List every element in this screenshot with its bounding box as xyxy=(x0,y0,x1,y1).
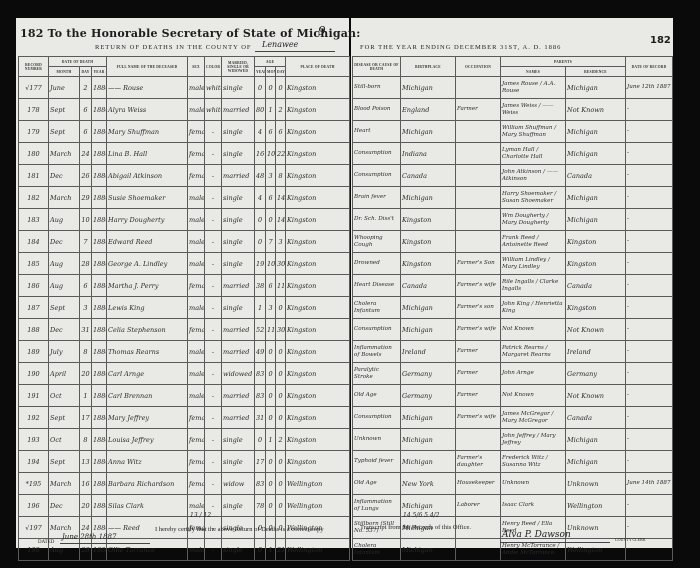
age-days: 0 xyxy=(276,77,286,99)
place-of-death: Kingston xyxy=(286,341,350,363)
birthplace: Kingston xyxy=(401,231,456,253)
parents-residence: Kingston xyxy=(566,231,626,253)
age-months: 0 xyxy=(266,385,276,407)
age-years: 4 xyxy=(255,121,266,143)
cause-of-death: Typhoid fever xyxy=(353,451,401,473)
place-of-death: Wellington xyxy=(286,473,350,495)
place-of-death: Kingston xyxy=(286,143,350,165)
deceased-name: Harry Dougherty xyxy=(107,209,188,231)
death-year: 1886 xyxy=(92,495,107,517)
table-row: 192Sept171886Mary Jeffreyfemale-married3… xyxy=(19,407,350,429)
cause-of-death: Whooping Cough xyxy=(353,231,401,253)
death-day: 17 xyxy=(80,407,92,429)
death-year: 1886 xyxy=(92,143,107,165)
age-years: 0 xyxy=(255,539,266,561)
age-years: 83 xyxy=(255,363,266,385)
table-row: Inflammation of LungsMichiganLaborerIsaa… xyxy=(353,495,673,517)
parents-residence: Canada xyxy=(566,407,626,429)
age-days: 6 xyxy=(276,121,286,143)
cause-of-death: Heart Disease xyxy=(353,275,401,297)
parent-names: James Rouse / A.A. Rouse xyxy=(501,77,566,99)
cause-of-death: Paralytic Stroke xyxy=(353,363,401,385)
birthplace: Kingston xyxy=(401,253,456,275)
occupation xyxy=(456,77,501,99)
marital-status: married xyxy=(222,99,255,121)
record-value: 183 xyxy=(27,216,39,224)
parents-residence: Canada xyxy=(566,165,626,187)
date-of-record: June 12th 1887 xyxy=(626,77,673,99)
age-days: 22 xyxy=(276,143,286,165)
cause-of-death: Dr. Sch. Diss't xyxy=(353,209,401,231)
record-value: 192 xyxy=(27,414,39,422)
death-day: 28 xyxy=(80,539,92,561)
color: - xyxy=(205,451,222,473)
table-row: 179Sept61886Mary Shuffmanfemale-single46… xyxy=(19,121,350,143)
table-row: Old AgeNew YorkHousekeeperUnknownUnknown… xyxy=(353,473,673,495)
cause-of-death: Old Age xyxy=(353,473,401,495)
death-day: 2 xyxy=(80,77,92,99)
birthplace: Kingston xyxy=(401,209,456,231)
sex: male xyxy=(188,77,205,99)
parent-names: John Atkinson / —— Atkinson xyxy=(501,165,566,187)
color: - xyxy=(205,473,222,495)
record-value: 198 xyxy=(27,546,39,554)
death-month: March xyxy=(49,473,80,495)
clerk-signature: Alva P. Dawson xyxy=(502,530,571,540)
age-months: 0 xyxy=(266,451,276,473)
age-days: 0 xyxy=(276,363,286,385)
place-of-death: Kingston xyxy=(286,429,350,451)
table-row: 198Aug281886Ollie Torrancemale-single012… xyxy=(19,539,350,561)
place-of-death: Kingston xyxy=(286,451,350,473)
marital-status: married xyxy=(222,165,255,187)
col-month: Month xyxy=(49,67,80,77)
transcript-text: Transcript from the Records of this Offi… xyxy=(360,524,471,531)
deceased-name: Mary Jeffrey xyxy=(107,407,188,429)
table-row: Brain feverMichiganHarry Shoemaker / Sus… xyxy=(353,187,673,209)
cause-of-death: Heart xyxy=(353,121,401,143)
death-day: 24 xyxy=(80,143,92,165)
marital-status: married xyxy=(222,341,255,363)
age-years: 1 xyxy=(255,297,266,319)
record-value: 178 xyxy=(27,106,39,114)
color: white xyxy=(205,99,222,121)
age-months: 6 xyxy=(266,121,276,143)
occupation xyxy=(456,143,501,165)
death-year: 1886 xyxy=(92,319,107,341)
place-of-death: Kingston xyxy=(286,275,350,297)
record-number: 192 xyxy=(19,407,49,429)
marital-status: single xyxy=(222,451,255,473)
record-number: *195 xyxy=(19,473,49,495)
parent-names: William Shuffman / Mary Shuffman xyxy=(501,121,566,143)
record-value: 182 xyxy=(27,194,39,202)
parent-names: Isaac Clark xyxy=(501,495,566,517)
deceased-name: Susie Shoemaker xyxy=(107,187,188,209)
table-row: 185Aug281886George A. Lindleymale-single… xyxy=(19,253,350,275)
age-months: 1 xyxy=(266,99,276,121)
date-of-record: - xyxy=(626,385,673,407)
table-row: *195March161886Barbara Richardsonfemale-… xyxy=(19,473,350,495)
table-row: Typhoid feverMichiganFarmer's daughterFr… xyxy=(353,451,673,473)
birthplace: Michigan xyxy=(401,429,456,451)
death-year: 1886 xyxy=(92,77,107,99)
marital-status: married xyxy=(222,275,255,297)
birthplace: Michigan xyxy=(401,407,456,429)
birthplace: Michigan xyxy=(401,297,456,319)
sex: female xyxy=(188,275,205,297)
death-day: 20 xyxy=(80,363,92,385)
record-value: 188 xyxy=(27,326,39,334)
occupation xyxy=(456,231,501,253)
age-years: 48 xyxy=(255,165,266,187)
color: - xyxy=(205,407,222,429)
sex: male xyxy=(188,231,205,253)
date-of-record: - xyxy=(626,143,673,165)
marital-status: married xyxy=(222,407,255,429)
age-months: 0 xyxy=(266,209,276,231)
age-days: 8 xyxy=(276,165,286,187)
date-of-record: - xyxy=(626,275,673,297)
age-days: 0 xyxy=(276,451,286,473)
deceased-name: Ollie Torrance xyxy=(107,539,188,561)
table-row: ConsumptionMichiganFarmer's wifeNot Know… xyxy=(353,319,673,341)
parent-names: Not Known xyxy=(501,319,566,341)
col-date-group: Date of Death xyxy=(49,57,107,67)
death-day: 1 xyxy=(80,385,92,407)
age-years: 31 xyxy=(255,407,266,429)
occupation xyxy=(456,209,501,231)
birthplace: Michigan xyxy=(401,451,456,473)
record-number: √177 xyxy=(19,77,49,99)
record-value: 196 xyxy=(27,502,39,510)
marital-status: single xyxy=(222,539,255,561)
age-months: 0 xyxy=(266,341,276,363)
date-of-record: - xyxy=(626,363,673,385)
table-row: 188Dec311886Celia Stephensonfemale-marri… xyxy=(19,319,350,341)
table-row: 191Oct11886Carl Brennanmale-married8300K… xyxy=(19,385,350,407)
deceased-name: Abigail Atkinson xyxy=(107,165,188,187)
age-days: 30 xyxy=(276,319,286,341)
place-of-death: Kingston xyxy=(286,363,350,385)
place-of-death: Kingston xyxy=(286,319,350,341)
occupation: Farmer xyxy=(456,341,501,363)
parents-residence: Germany xyxy=(566,363,626,385)
table-row: 186Aug61886Martha J. Perryfemale-married… xyxy=(19,275,350,297)
place-of-death: Wellington xyxy=(286,495,350,517)
table-row: Dr. Sch. Diss'tKingstonWm Dougherty / Ma… xyxy=(353,209,673,231)
record-number: 182 xyxy=(19,187,49,209)
deaths-table-left: Record Number Date of Death Full Name of… xyxy=(18,56,350,561)
occupation xyxy=(456,429,501,451)
cause-of-death: Consumption xyxy=(353,143,401,165)
record-value: 190 xyxy=(27,370,39,378)
cause-of-death: Unknown xyxy=(353,429,401,451)
age-months: 0 xyxy=(266,473,276,495)
col-residence: Residence xyxy=(566,67,626,77)
signature-title: County Clerk xyxy=(615,537,646,542)
death-year: 1886 xyxy=(92,275,107,297)
age-days: 21 xyxy=(276,539,286,561)
age-months: 0 xyxy=(266,77,276,99)
age-months: 1 xyxy=(266,539,276,561)
date-of-record: - xyxy=(626,121,673,143)
record-number: 185 xyxy=(19,253,49,275)
occupation: Farmer xyxy=(456,99,501,121)
color: - xyxy=(205,209,222,231)
date-of-record: - xyxy=(626,319,673,341)
record-value: 193 xyxy=(27,436,39,444)
age-months: 10 xyxy=(266,143,276,165)
death-day: 29 xyxy=(80,187,92,209)
table-row: 190April201886Carl Arngemale-widowed8300… xyxy=(19,363,350,385)
cause-of-death: Cholera Infantum xyxy=(353,539,401,561)
sex: male xyxy=(188,209,205,231)
birthplace: Germany xyxy=(401,363,456,385)
parents-residence: Not Known xyxy=(566,319,626,341)
record-number: 190 xyxy=(19,363,49,385)
record-value: 186 xyxy=(27,282,39,290)
place-of-death: Kingston xyxy=(286,297,350,319)
occupation: Laborer xyxy=(456,495,501,517)
color: - xyxy=(205,539,222,561)
table-row: 178Sept61886Alyra Weissmalewhitemarried8… xyxy=(19,99,350,121)
sex: male xyxy=(188,99,205,121)
age-years: 17 xyxy=(255,451,266,473)
table-row: 182March291886Susie Shoemakermale-single… xyxy=(19,187,350,209)
table-row: Old AgeGermanyFarmerNot KnownNot Known- xyxy=(353,385,673,407)
table-row: 181Dec261886Abigail Atkinsonfemale-marri… xyxy=(19,165,350,187)
death-day: 20 xyxy=(80,495,92,517)
color: - xyxy=(205,429,222,451)
color: - xyxy=(205,253,222,275)
death-month: Dec xyxy=(49,495,80,517)
death-year: 1886 xyxy=(92,121,107,143)
death-month: March xyxy=(49,187,80,209)
record-number: 193 xyxy=(19,429,49,451)
death-day: 31 xyxy=(80,319,92,341)
col-color: Color xyxy=(205,57,222,77)
table-row: HeartMichiganWilliam Shuffman / Mary Shu… xyxy=(353,121,673,143)
deceased-name: Barbara Richardson xyxy=(107,473,188,495)
deceased-name: Martha J. Perry xyxy=(107,275,188,297)
sex: male xyxy=(188,539,205,561)
age-months: 7 xyxy=(266,231,276,253)
date-of-record: - xyxy=(626,341,673,363)
birthplace: Michigan xyxy=(401,121,456,143)
color: - xyxy=(205,297,222,319)
date-of-record: - xyxy=(626,99,673,121)
sex: male xyxy=(188,341,205,363)
place-of-death: Kingston xyxy=(286,77,350,99)
sex: male xyxy=(188,297,205,319)
age-months: 0 xyxy=(266,407,276,429)
occupation: Farmer's wife xyxy=(456,275,501,297)
age-days: 30 xyxy=(276,253,286,275)
age-years: 78 xyxy=(255,495,266,517)
death-month: Sept xyxy=(49,121,80,143)
death-day: 3 xyxy=(80,297,92,319)
occupation: Farmer's wife xyxy=(456,319,501,341)
col-record: Record Number xyxy=(19,57,49,77)
place-of-death: Kingston xyxy=(286,187,350,209)
deceased-name: Mary Shuffman xyxy=(107,121,188,143)
birthplace: Michigan xyxy=(401,319,456,341)
table-row: Paralytic StrokeGermanyFarmerJohn ArngeG… xyxy=(353,363,673,385)
record-number: 191 xyxy=(19,385,49,407)
sex: male xyxy=(188,253,205,275)
death-day: 26 xyxy=(80,165,92,187)
record-number: 178 xyxy=(19,99,49,121)
color: - xyxy=(205,319,222,341)
cause-of-death: Inflammation of Lungs xyxy=(353,495,401,517)
date-of-record: - xyxy=(626,451,673,473)
age-days: 0 xyxy=(276,473,286,495)
marital-status: married xyxy=(222,319,255,341)
col-place: Place of Death xyxy=(286,57,350,77)
cause-of-death: Still-born xyxy=(353,77,401,99)
age-months: 6 xyxy=(266,187,276,209)
age-months: 3 xyxy=(266,297,276,319)
table-row: 183Aug101886Harry Doughertymale-single00… xyxy=(19,209,350,231)
age-months: 1 xyxy=(266,429,276,451)
death-month: March xyxy=(49,143,80,165)
sex: female xyxy=(188,143,205,165)
page-number: 182 xyxy=(650,35,671,46)
birthplace: Michigan xyxy=(401,77,456,99)
table-row: Still-bornMichiganJames Rouse / A.A. Rou… xyxy=(353,77,673,99)
place-of-death: Wellington xyxy=(286,539,350,561)
sex: female xyxy=(188,429,205,451)
record-number: 183 xyxy=(19,209,49,231)
age-years: 52 xyxy=(255,319,266,341)
occupation: Farmer xyxy=(456,363,501,385)
parents-residence: Kingston xyxy=(566,297,626,319)
table-row: Blood PoisonEnglandFarmerJames Weiss / —… xyxy=(353,99,673,121)
deceased-name: Carl Arnge xyxy=(107,363,188,385)
sex: male xyxy=(188,385,205,407)
col-date-record: Date of Record xyxy=(626,57,673,77)
age-days: 0 xyxy=(276,407,286,429)
date-of-record: - xyxy=(626,187,673,209)
record-value: 181 xyxy=(27,172,39,180)
age-days: 0 xyxy=(276,341,286,363)
birthplace: Michigan xyxy=(401,539,456,561)
deceased-name: Alyra Weiss xyxy=(107,99,188,121)
col-parents-group: Parents xyxy=(501,57,626,67)
dated-value: June 28th 1887 xyxy=(62,533,116,541)
death-year: 1886 xyxy=(92,473,107,495)
age-months: 11 xyxy=(266,319,276,341)
col-years: Years xyxy=(255,67,266,77)
death-day: 16 xyxy=(80,473,92,495)
col-sex: Sex xyxy=(188,57,205,77)
cause-of-death: Old Age xyxy=(353,385,401,407)
parents-residence: Wellington xyxy=(566,495,626,517)
col-day: Day xyxy=(80,67,92,77)
date-of-record: - xyxy=(626,253,673,275)
occupation xyxy=(456,121,501,143)
age-years: 0 xyxy=(255,209,266,231)
record-value: 177 xyxy=(29,84,41,92)
death-month: Aug xyxy=(49,253,80,275)
record-value: 189 xyxy=(27,348,39,356)
occupation: Farmer's wife xyxy=(456,407,501,429)
parents-residence: Michigan xyxy=(566,143,626,165)
occupation: Farmer's daughter xyxy=(456,451,501,473)
age-days: 14 xyxy=(276,209,286,231)
marital-status: single xyxy=(222,209,255,231)
record-number: 180 xyxy=(19,143,49,165)
record-number: √197 xyxy=(19,517,49,539)
parents-residence: Unknown xyxy=(566,517,626,539)
death-month: April xyxy=(49,363,80,385)
death-day: 8 xyxy=(80,429,92,451)
death-day: 13 xyxy=(80,451,92,473)
color: - xyxy=(205,231,222,253)
sex: female xyxy=(188,473,205,495)
record-number: 187 xyxy=(19,297,49,319)
col-parent-names: Names xyxy=(501,67,566,77)
age-days: 2 xyxy=(276,99,286,121)
record-number: 186 xyxy=(19,275,49,297)
death-month: Aug xyxy=(49,209,80,231)
parent-names: John Arnge xyxy=(501,363,566,385)
sex-tally: 13 / 12 xyxy=(190,512,211,519)
age-years: 80 xyxy=(255,99,266,121)
death-year: 1886 xyxy=(92,341,107,363)
death-month: Dec xyxy=(49,165,80,187)
record-value: 180 xyxy=(27,150,39,158)
marital-status: single xyxy=(222,429,255,451)
handwritten-sheet-number: 9 xyxy=(318,24,326,38)
place-of-death: Kingston xyxy=(286,385,350,407)
date-of-record: - xyxy=(626,165,673,187)
sex: female xyxy=(188,121,205,143)
age-days: 0 xyxy=(276,297,286,319)
birthplace: Indiana xyxy=(401,143,456,165)
marital-status: widow xyxy=(222,473,255,495)
sex: female xyxy=(188,319,205,341)
cause-of-death: Consumption xyxy=(353,165,401,187)
occupation: Housekeeper xyxy=(456,473,501,495)
record-value: 195 xyxy=(29,480,41,488)
cause-of-death: Consumption xyxy=(353,407,401,429)
death-month: Sept xyxy=(49,99,80,121)
place-of-death: Kingston xyxy=(286,253,350,275)
record-value: 184 xyxy=(27,238,39,246)
age-years: 4 xyxy=(255,187,266,209)
death-month: Dec xyxy=(49,319,80,341)
death-year: 1886 xyxy=(92,231,107,253)
table-row: 187Sept31886Lewis Kingmale-single130King… xyxy=(19,297,350,319)
color: - xyxy=(205,121,222,143)
age-days: 11 xyxy=(276,275,286,297)
col-months: Months xyxy=(266,67,276,77)
death-month: Sept xyxy=(49,407,80,429)
age-years: 83 xyxy=(255,385,266,407)
table-row: Whooping CoughKingstonFrank Reed / Antoi… xyxy=(353,231,673,253)
record-value: 179 xyxy=(27,128,39,136)
table-row: UnknownMichiganJohn Jeffrey / Mary Jeffr… xyxy=(353,429,673,451)
age-years: 19 xyxy=(255,253,266,275)
death-year: 1886 xyxy=(92,187,107,209)
table-row: 180March241886Lina B. Hallfemale-single1… xyxy=(19,143,350,165)
county-name: Lenawee xyxy=(262,40,298,49)
death-day: 10 xyxy=(80,209,92,231)
parents-residence: Not Known xyxy=(566,385,626,407)
place-of-death: Kingston xyxy=(286,231,350,253)
